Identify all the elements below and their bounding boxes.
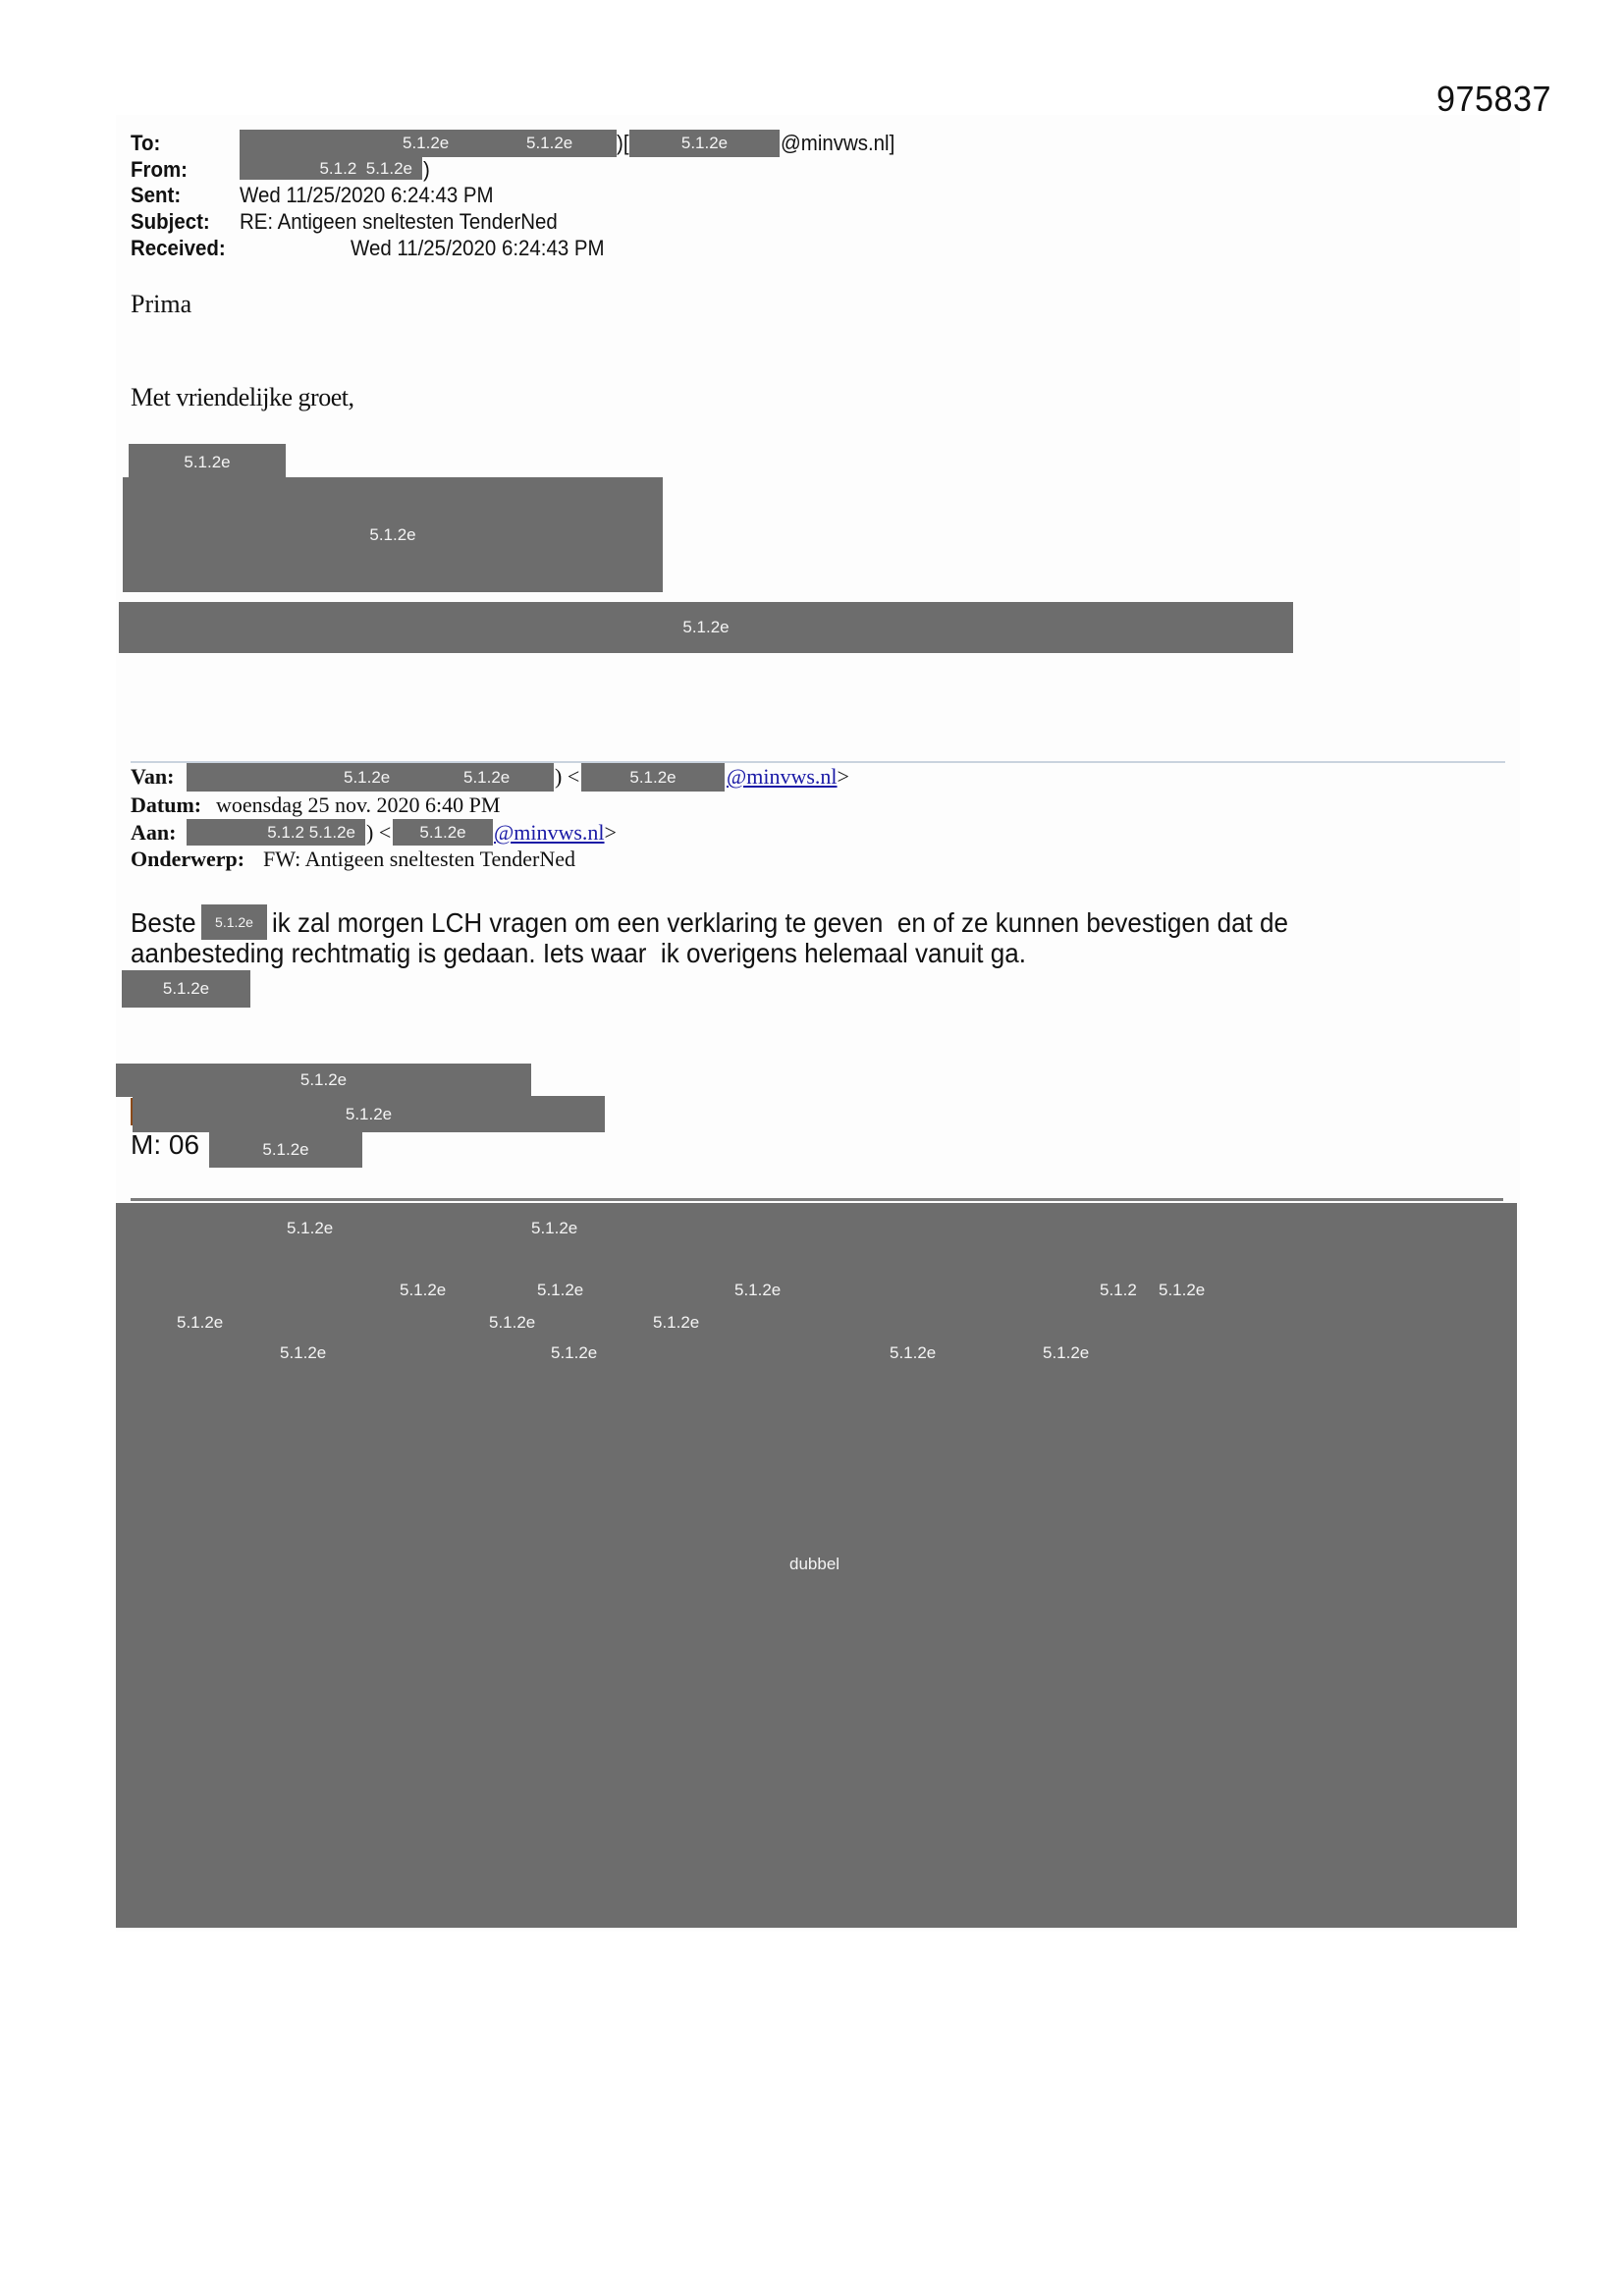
aan-email-wrap: @minvws.nl> bbox=[494, 820, 617, 846]
redaction-large-block: 5.1.2e 5.1.2e 5.1.2e 5.1.2e 5.1.2e 5.1.2… bbox=[116, 1203, 1517, 1928]
redaction-signature-name: 5.1.2e bbox=[129, 444, 286, 481]
redaction-to-name: 5.1.2e 5.1.2e bbox=[240, 130, 617, 157]
redaction-van-email: 5.1.2e bbox=[581, 763, 725, 792]
redaction-disclaimer: 5.1.2e bbox=[119, 602, 1293, 653]
datum-value: woensdag 25 nov. 2020 6:40 PM bbox=[216, 793, 500, 818]
redaction-to-email: 5.1.2e bbox=[629, 130, 780, 157]
van-separator: ) < bbox=[555, 764, 579, 790]
reply-closing: Met vriendelijke groet, bbox=[131, 383, 353, 412]
sent-value: Wed 11/25/2020 6:24:43 PM bbox=[240, 183, 494, 208]
body-greeting: Beste bbox=[131, 907, 196, 939]
onderwerp-label: Onderwerp: bbox=[131, 847, 244, 872]
redaction-aan-email: 5.1.2e bbox=[393, 819, 493, 846]
from-label: From: bbox=[131, 157, 188, 183]
received-label: Received: bbox=[131, 236, 226, 261]
van-email-wrap: @minvws.nl> bbox=[727, 764, 849, 790]
redaction-mobile-number: 5.1.2e bbox=[209, 1132, 362, 1168]
aan-email-link[interactable]: @minvws.nl bbox=[494, 820, 605, 845]
received-value: Wed 11/25/2020 6:24:43 PM bbox=[351, 236, 605, 261]
body-line-1: ik zal morgen LCH vragen om een verklari… bbox=[272, 907, 1288, 939]
mobile-prefix: M: 06 bbox=[131, 1129, 199, 1161]
van-label: Van: bbox=[131, 764, 174, 790]
to-label: To: bbox=[131, 131, 160, 156]
redaction-from: 5.1.2 5.1.2e bbox=[240, 157, 422, 180]
aan-end: > bbox=[605, 820, 617, 845]
redaction-sig-line-1: 5.1.2e bbox=[116, 1064, 531, 1097]
to-domain: @minvws.nl] bbox=[781, 131, 894, 156]
body-line-2: aanbesteding rechtmatig is gedaan. Iets … bbox=[131, 938, 1026, 969]
redaction-van-name: 5.1.2e 5.1.2e bbox=[187, 763, 554, 792]
document-number: 975837 bbox=[1436, 79, 1551, 120]
aan-label: Aan: bbox=[131, 820, 176, 846]
redaction-sender-signoff: 5.1.2e bbox=[122, 970, 250, 1008]
subject-value: RE: Antigeen sneltesten TenderNed bbox=[240, 209, 558, 235]
van-email-link[interactable]: @minvws.nl bbox=[727, 764, 838, 789]
subject-label: Subject: bbox=[131, 209, 210, 235]
reply-body: Prima bbox=[131, 290, 191, 319]
redaction-sig-line-2: 5.1.2e bbox=[133, 1096, 605, 1132]
large-redaction-label: dubbel bbox=[789, 1555, 839, 1574]
datum-label: Datum: bbox=[131, 793, 201, 818]
to-separator: )[ bbox=[617, 131, 629, 156]
sent-label: Sent: bbox=[131, 183, 181, 208]
from-close: ) bbox=[423, 157, 430, 183]
aan-separator: ) < bbox=[366, 820, 391, 846]
redaction-aan-name: 5.1.2 5.1.2e bbox=[187, 819, 365, 846]
onderwerp-value: FW: Antigeen sneltesten TenderNed bbox=[263, 847, 575, 872]
quoted-divider bbox=[131, 1198, 1503, 1201]
redaction-signature-block: 5.1.2e bbox=[123, 477, 663, 592]
redaction-body-name: 5.1.2e bbox=[201, 904, 267, 940]
van-end: > bbox=[838, 764, 849, 789]
